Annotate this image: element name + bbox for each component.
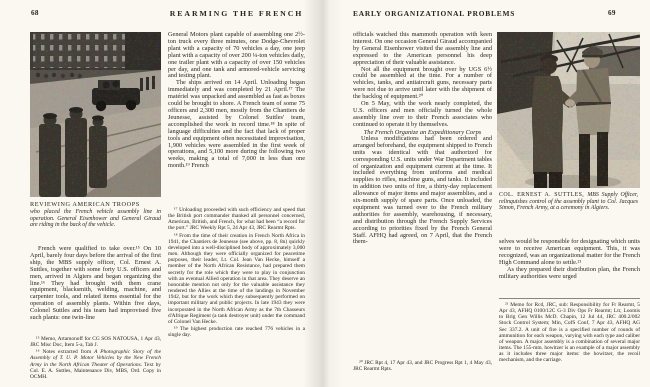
paragraph: officials watched this mammoth operation… (353, 32, 492, 67)
caption-right-body: COL. ERNEST A. SUTTLES, MBS Supply Offic… (499, 192, 638, 212)
paragraph: selves would be responsible for designat… (499, 239, 640, 267)
p69-col2-footnotes: ²¹ Memo for Rcd, JRC, sub: Responsibilit… (499, 298, 640, 365)
caption-right: COL. ERNEST A. SUTTLES, MBS Supply Offic… (499, 192, 638, 212)
footnote-18: ¹⁸ From the time of their creation in Fr… (168, 233, 305, 325)
p69-col1-body: officials watched this mammoth operation… (353, 32, 492, 246)
p68-col2-body: General Motors plant capable of assembli… (168, 32, 305, 170)
caption-right-name: COL. ERNEST A. SUTTLES, (499, 192, 587, 198)
paragraph: French were qualified to take over.¹⁵ On… (30, 246, 161, 322)
handshake-ceremony-photo (497, 32, 640, 188)
footnote-17: ¹⁷ Unloading proceeded with such efficie… (168, 207, 305, 232)
paragraph: On 5 May, with the work nearly completed… (353, 101, 492, 129)
book-spread: 68 REARMING THE FRENCH (0, 0, 650, 387)
p68-col2-footnotes: ¹⁷ Unloading proceeded with such efficie… (168, 207, 305, 339)
paragraph: General Motors plant capable of assembli… (168, 32, 305, 80)
footnote-rule (499, 298, 640, 299)
footnote-19: ¹⁹ The highest production rate reached 7… (168, 326, 305, 338)
running-head-left: REARMING THE FRENCH (168, 9, 305, 18)
paragraph: Unless modifications had been ordered an… (353, 136, 492, 247)
footnote-15: ¹⁵ Memo, Artamonoff for CG SOS NATOUSA, … (30, 336, 161, 348)
paragraph: Not all the equipment brought over by UG… (353, 67, 492, 102)
troop-review-photo (30, 32, 161, 197)
paragraph: As they prepared their distribution plan… (499, 267, 640, 281)
page-number-left: 68 (31, 9, 39, 17)
footnote-21: ²¹ Memo for Rcd, JRC, sub: Responsibilit… (499, 302, 640, 364)
running-head-right: EARLY ORGANIZATIONAL PROBLEMS (353, 9, 493, 18)
page-gutter (303, 0, 343, 387)
caption-left-body: who placed the French vehicle assembly l… (30, 209, 161, 229)
page-number-right: 69 (608, 9, 616, 17)
p68-col1-body: French were qualified to take over.¹⁵ On… (30, 246, 161, 322)
p69-col1-footnotes: ²⁰ JRC Rpt 4, 17 Apr 43, and JRC Progres… (353, 360, 492, 373)
footnote-16: ¹⁶ Notes extracted from A Photographic S… (30, 349, 161, 380)
paragraph: The ships arrived on 14 April. Unloading… (168, 80, 305, 170)
p69-col2-body: selves would be responsible for designat… (499, 239, 640, 280)
p68-col1-footnotes: ¹⁵ Memo, Artamonoff for CG SOS NATOUSA, … (30, 336, 161, 381)
footnote-20: ²⁰ JRC Rpt 4, 17 Apr 43, and JRC Progres… (353, 360, 492, 372)
caption-left-title: REVIEWING AMERICAN TROOPS (30, 201, 161, 208)
caption-left: REVIEWING AMERICAN TROOPS who placed the… (30, 201, 161, 229)
